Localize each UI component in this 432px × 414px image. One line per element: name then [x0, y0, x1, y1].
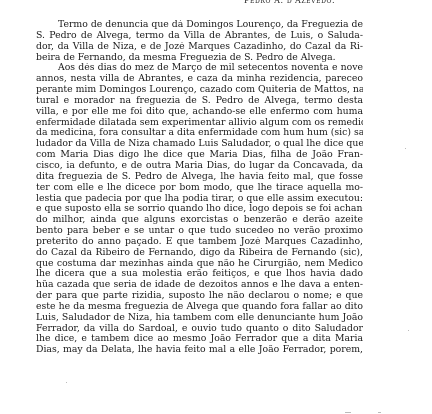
text-line: preterito do anno paçado. E que tambem J…	[36, 237, 363, 248]
text-line: villa, e por elle me foi dito que, achan…	[36, 107, 363, 118]
text-line: do Cazal da Ribeiro de Fernando, digo da…	[36, 248, 363, 259]
text-line: com Maria Dias digo lhe dice que Maria D…	[36, 150, 363, 161]
text-line: lhe dice, e tambem dice ao mesmo João Fe…	[36, 334, 363, 345]
text-line: perante mim Domingos Lourenço, cazado co…	[36, 85, 363, 96]
scan-speck	[66, 382, 67, 383]
text-line: Termo de denuncia que dá Domingos Louren…	[36, 20, 363, 31]
scan-speck	[345, 412, 351, 413]
text-line: tural e morador na freguezia de S. Pedro…	[36, 96, 363, 107]
text-line: este he da mesma freguezia de Alvega que…	[36, 302, 363, 313]
text-line: annos, nesta villa de Abrantes, e caza d…	[36, 74, 363, 85]
text-line: ludador da Villa de Niza chamado Luis Sa…	[36, 139, 363, 150]
text-line: ter com elle e lhe dicece por bom modo, …	[36, 183, 363, 194]
scan-speck	[408, 330, 409, 331]
text-line: dita freguezia de S. Pedro de Alvega, lh…	[36, 172, 363, 183]
text-line: Dias, may da Delata, lhe havia feito mal…	[36, 345, 363, 356]
title-paragraph: Termo de denuncia que dá Domingos Louren…	[36, 20, 363, 63]
text-line: bento para beber e se untar o que tudo s…	[36, 226, 363, 237]
text-line: do milhor, ainda que alguns exorcistas o…	[36, 215, 363, 226]
text-line: lhe dicera que a sua molestia erão feiti…	[36, 269, 363, 280]
scan-speck	[378, 412, 381, 413]
body-paragraph: Aos dés dias do mez de Março de mil sete…	[36, 63, 363, 356]
text-line: der para que parte rizidia, suposto lhe …	[36, 291, 363, 302]
text-line: Aos dés dias do mez de Março de mil sete…	[36, 63, 363, 74]
text-line: hũa cazada que seria de idade de dezoito…	[36, 280, 363, 291]
running-header-author: Pedro A. d'Azevedo.	[244, 0, 335, 5]
text-line: que costuma dar mezinhas ainda que não h…	[36, 259, 363, 270]
text-line: enfermidade dilatada sem experimentar al…	[36, 118, 363, 129]
text-line: S. Pedro de Alvega, termo da Villa de Ab…	[36, 31, 363, 42]
scan-speck	[405, 148, 406, 149]
text-line: e que suposto ella se sorrio quando lho …	[36, 204, 363, 215]
text-line: beira de Fernando, da mesma Freguezia de…	[36, 53, 363, 64]
text-line: Luis, Saludador de Niza, hia tambem com …	[36, 313, 363, 324]
text-line: dor, da Villa de Niza, e de Jozé Marques…	[36, 42, 363, 53]
text-line: da medicina, fora consultar a dita enfer…	[36, 128, 363, 139]
document-body: Termo de denuncia que dá Domingos Louren…	[36, 20, 363, 356]
text-line: Ferrador, da villa do Sardoal, e ouvio t…	[36, 324, 363, 335]
text-line: lestia que padecia por que lha podia tir…	[36, 194, 363, 205]
text-line: cisco, ia defunto, e de outra Maria Dias…	[36, 161, 363, 172]
